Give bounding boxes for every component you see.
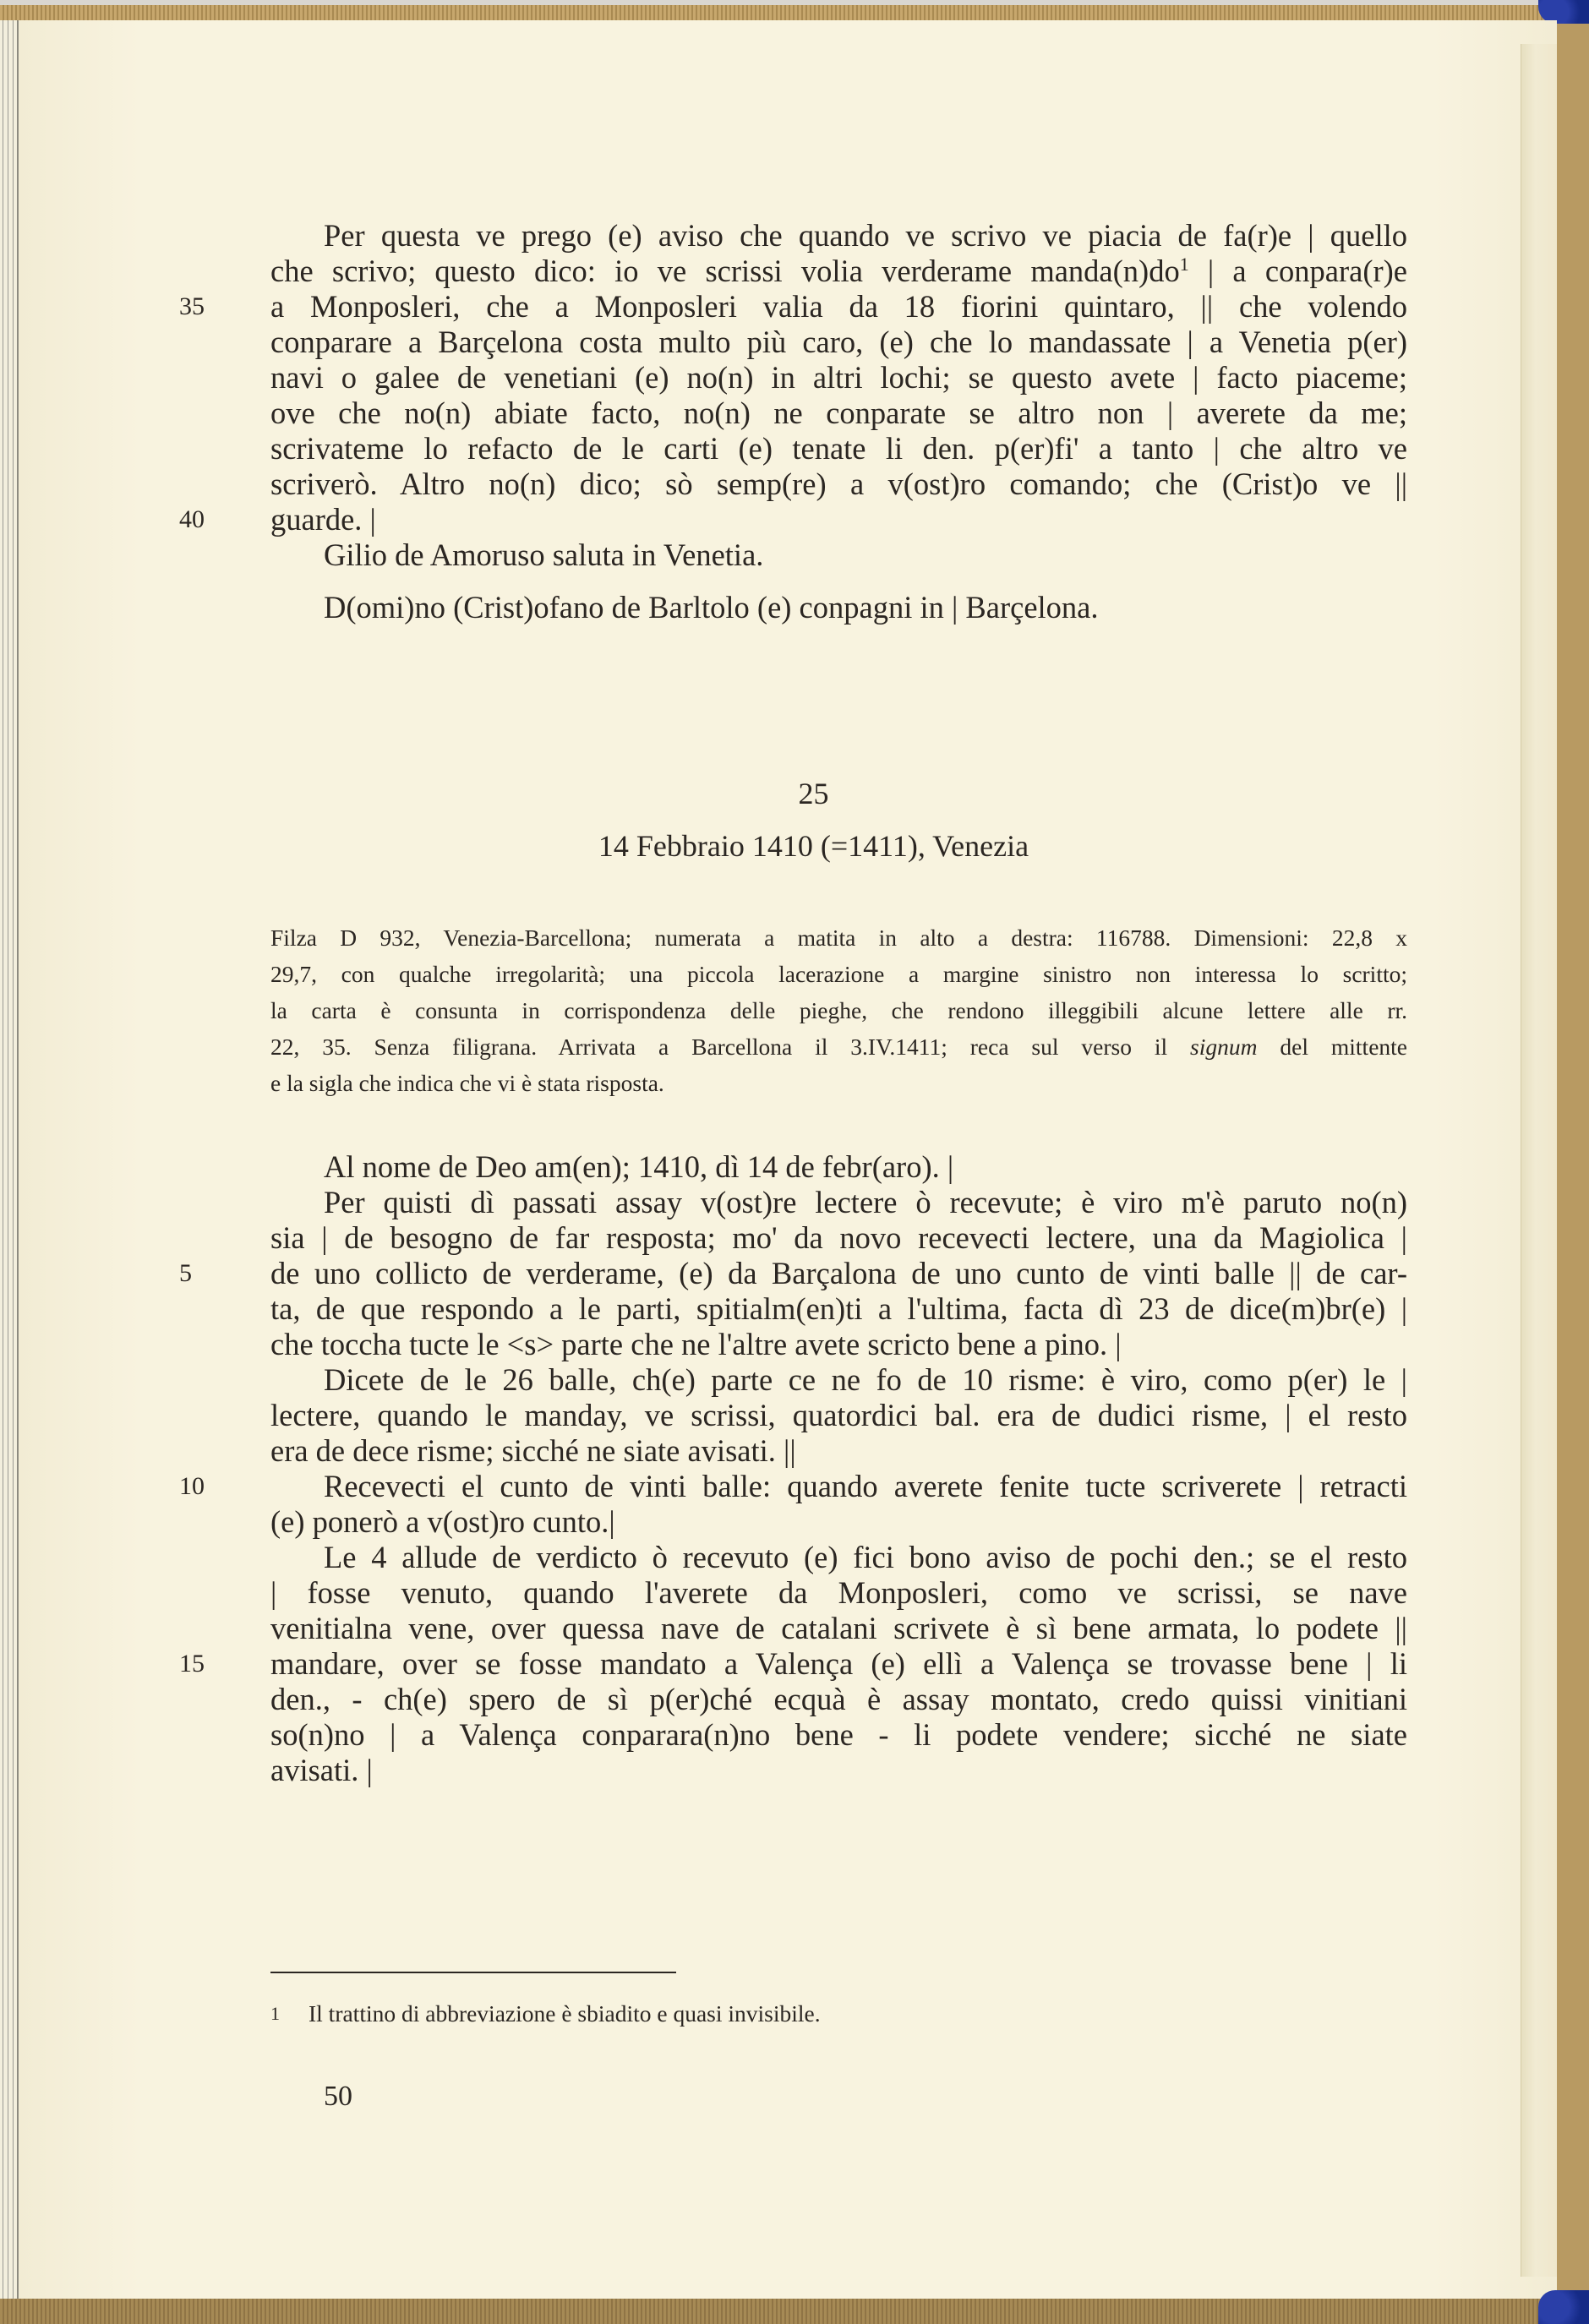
note-line: la carta è consunta in corrispondenza de… (270, 992, 1407, 1028)
text-line: guarde. | (270, 502, 1407, 537)
text-line: Al nome de Deo am(en); 1410, dì 14 de fe… (270, 1149, 1407, 1185)
text-line: ta, de que respondo a le parti, spitialm… (270, 1291, 1407, 1327)
text-line: a Monposleri, che a Monposleri valia da … (270, 289, 1407, 325)
text-line: de uno collicto de verderame, (e) da Bar… (270, 1256, 1407, 1291)
line-number: 15 (179, 1646, 205, 1682)
text-line: so(n)no | a Valença conparara(n)no bene … (270, 1717, 1407, 1753)
footnote-mark: 1 (270, 1999, 309, 2029)
text-line: venitialna vene, over quessa nave de cat… (270, 1611, 1407, 1646)
text-line: (e) ponerò a v(ost)ro cunto.| (270, 1504, 1407, 1540)
line-number: 40 (179, 502, 205, 537)
bookmark-ribbon-bottom (1538, 2290, 1589, 2324)
text-line: navi o galee de venetiani (e) no(n) in a… (270, 360, 1407, 396)
signature-line: Gilio de Amoruso saluta in Venetia. (270, 537, 1407, 573)
line-number: 5 (179, 1256, 192, 1291)
text-line: Dicete de le 26 balle, ch(e) parte ce ne… (270, 1362, 1407, 1398)
footnote-text: Il trattino di abbreviazione è sbiadito … (309, 2000, 821, 2027)
page-stack-edge (0, 20, 19, 2300)
page-number: 50 (324, 2081, 352, 2113)
text-line: mandare, over se fosse mandato a Valença… (270, 1646, 1407, 1682)
text-line: scrivateme lo refacto de le carti (e) te… (270, 431, 1407, 466)
line-number: 10 (179, 1469, 205, 1504)
text-line: Recevecti el cunto de vinti balle: quand… (270, 1469, 1407, 1504)
text-line: che scrivo; questo dico: io ve scrissi v… (270, 254, 1407, 289)
text-line: ove che no(n) abiate facto, no(n) ne con… (270, 396, 1407, 431)
address-line: D(omi)no (Crist)ofano de Barltolo (e) co… (270, 590, 1407, 625)
note-line: Filza D 932, Venezia-Barcellona; numerat… (270, 919, 1407, 956)
text-line: scriverò. Altro no(n) dico; sò semp(re) … (270, 466, 1407, 502)
letter-24-text: Per questa ve prego (e) aviso che quando… (270, 218, 1407, 625)
note-line: e la sigla che indica che vi è stata ris… (270, 1065, 1407, 1101)
letter-25-text: Al nome de Deo am(en); 1410, dì 14 de fe… (270, 1149, 1407, 1788)
archival-note: Filza D 932, Venezia-Barcellona; numerat… (270, 919, 1407, 1101)
text-line: Per quisti dì passati assay v(ost)re lec… (270, 1185, 1407, 1220)
page-fore-edge (1521, 44, 1557, 2277)
text-line: Per questa ve prego (e) aviso che quando… (270, 218, 1407, 254)
text-line: era de dece risme; sicché ne siate avisa… (270, 1433, 1407, 1469)
footnote-divider (270, 1972, 676, 1973)
text-line: sia | de besogno de far resposta; mo' da… (270, 1220, 1407, 1256)
document-number: 25 (0, 776, 1589, 811)
book-cloth-bottom (0, 2299, 1589, 2324)
italic-term: signum (1190, 1034, 1257, 1060)
text-line: conparare a Barçelona costa multo più ca… (270, 325, 1407, 360)
text-line: Le 4 allude de verdicto ò recevuto (e) f… (270, 1540, 1407, 1575)
book-cloth-top (0, 0, 1589, 22)
text-line: avisati. | (270, 1753, 1407, 1788)
footnote-ref[interactable]: 1 (1180, 254, 1189, 275)
document-date-place: 14 Febbraio 1410 (=1411), Venezia (0, 828, 1589, 864)
text-line: che toccha tucte le <s> parte che ne l'a… (270, 1327, 1407, 1362)
footnote: 1Il trattino di abbreviazione è sbiadito… (270, 1999, 821, 2029)
note-line: 29,7, con qualche irregolarità; una picc… (270, 956, 1407, 992)
note-line: 22, 35. Senza filigrana. Arrivata a Barc… (270, 1028, 1407, 1065)
text-line: lectere, quando le manday, ve scrissi, q… (270, 1398, 1407, 1433)
text-line: den., - ch(e) spero de sì p(er)ché ecquà… (270, 1682, 1407, 1717)
line-number: 35 (179, 289, 205, 325)
text-line: | fosse venuto, quando l'averete da Monp… (270, 1575, 1407, 1611)
